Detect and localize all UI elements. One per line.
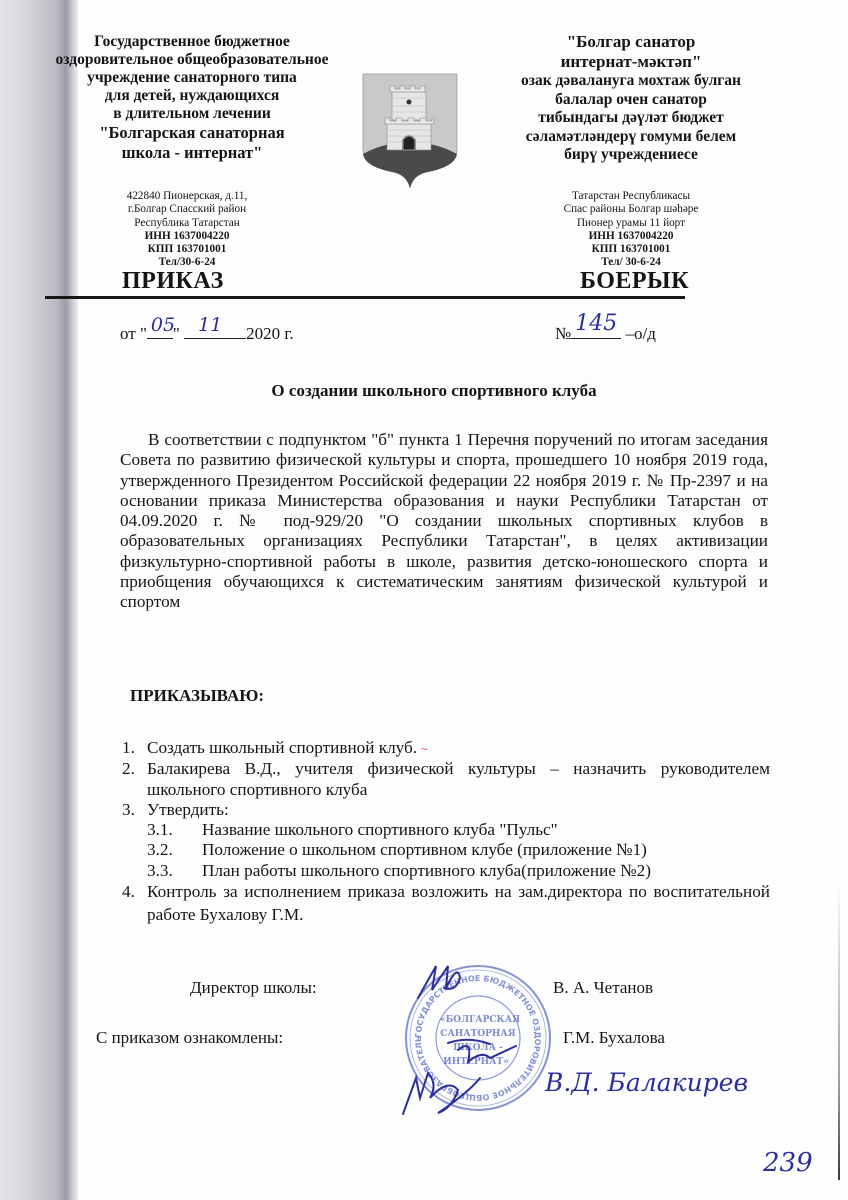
director-label: Директор школы: bbox=[190, 978, 317, 998]
order-item: 4.Контроль за исполнением приказа возлож… bbox=[122, 881, 770, 926]
header-divider bbox=[485, 296, 685, 299]
order-directive-label: ПРИКАЗЫВАЮ: bbox=[130, 686, 264, 706]
header-right-line: сәламәтләндерү гомуми белем bbox=[505, 128, 757, 147]
address-line: Спас районы Болгар шәһәре bbox=[505, 203, 757, 216]
svg-text:«БОЛГАРСКАЯ: «БОЛГАРСКАЯ bbox=[440, 1015, 520, 1025]
header-right-school-name: "Болгар санатор bbox=[505, 32, 757, 52]
date-month-field: 11 bbox=[184, 322, 246, 339]
header-left-line: для детей, нуждающихся bbox=[42, 87, 342, 105]
svg-text:ИНТЕРНАТ»: ИНТЕРНАТ» bbox=[443, 1057, 509, 1067]
date-day-field: 05 bbox=[147, 322, 173, 339]
official-stamp-icon: ГОСУДАРСТВЕННОЕ БЮДЖЕТНОЕ ОЗДОРОВИТЕЛЬНО… bbox=[398, 958, 558, 1118]
header-right-line: бирү учреждениесе bbox=[505, 146, 757, 165]
header-right-school-name: интернат-мәктәп" bbox=[505, 52, 757, 72]
header-left-address: 422840 Пионерская, д.11, г.Болгар Спасск… bbox=[57, 190, 317, 270]
header-right-line: тибындагы дәүләт бюджет bbox=[505, 109, 757, 128]
inn: ИНН 1637004220 bbox=[145, 230, 230, 242]
order-subject: О создании школьного спортивного клуба bbox=[0, 381, 848, 401]
header-right-org-name: "Болгар санатор интернат-мәктәп" озак дә… bbox=[505, 32, 757, 165]
address-line: Татарстан Республикасы bbox=[505, 190, 757, 203]
order-date: от "05" 112020 г. bbox=[120, 322, 294, 344]
scan-binding-shadow bbox=[0, 0, 78, 1200]
header-right-line: балалар очен санатор bbox=[505, 91, 757, 110]
order-number-field: 145 bbox=[571, 322, 621, 339]
header-divider bbox=[45, 296, 485, 299]
kpp: КПП 163701001 bbox=[148, 243, 227, 255]
address-line: Пионер урамы 11 йорт bbox=[505, 217, 757, 230]
header-left-line: в длительном лечении bbox=[42, 105, 342, 123]
phone: Тел/ 30-6-24 bbox=[601, 256, 661, 268]
order-item: 2.Балакирева В.Д., учителя физической ку… bbox=[122, 759, 770, 800]
order-subitem: 3.1.Название школьного спортивного клуба… bbox=[122, 820, 770, 840]
kpp: КПП 163701001 bbox=[592, 243, 671, 255]
header-left-line: учреждение санаторного типа bbox=[42, 69, 342, 87]
header-left-org-name: Государственное бюджетное оздоровительно… bbox=[42, 33, 342, 163]
header-right-line: озак дәвалануга мохтаж булган bbox=[505, 72, 757, 91]
director-name: В. А. Четанов bbox=[553, 978, 653, 998]
address-line: Республика Татарстан bbox=[57, 217, 317, 230]
header-left-line: оздоровительное общеобразовательное bbox=[42, 51, 342, 69]
handwritten-page-number: 239 bbox=[763, 1148, 813, 1178]
inn: ИНН 1637004220 bbox=[589, 230, 674, 242]
header-left-line: Государственное бюджетное bbox=[42, 33, 342, 51]
scan-page-edge bbox=[838, 880, 840, 1180]
order-items: 1.Создать школьный спортивной клуб.~ 2.Б… bbox=[122, 738, 770, 926]
doc-title-russian: ПРИКАЗ bbox=[122, 268, 224, 295]
order-subitem: 3.2.Положение о школьном спортивном клуб… bbox=[122, 840, 770, 860]
phone: Тел/30-6-24 bbox=[159, 256, 216, 268]
coat-of-arms-tower-icon bbox=[355, 62, 465, 192]
acknowledged-name: Г.М. Бухалова bbox=[563, 1028, 665, 1048]
pen-mark: ~ bbox=[421, 742, 428, 756]
svg-text:САНАТОРНАЯ: САНАТОРНАЯ bbox=[440, 1029, 515, 1039]
header-right-address: Татарстан Республикасы Спас районы Болга… bbox=[505, 190, 757, 270]
order-item: 3.Утвердить: bbox=[122, 800, 770, 820]
header-left-school-name: школа - интернат" bbox=[42, 143, 342, 163]
order-preamble: В соответствии с подпунктом "б" пункта 1… bbox=[120, 430, 768, 613]
order-item: 1.Создать школьный спортивной клуб.~ bbox=[122, 738, 770, 759]
doc-title-tatar: БОЕРЫК bbox=[580, 268, 689, 295]
order-subitem: 3.3.План работы школьного спортивного кл… bbox=[122, 861, 770, 881]
order-number: №145 –о/д bbox=[555, 322, 656, 344]
acknowledged-label: С приказом ознакомлены: bbox=[96, 1028, 283, 1048]
header-left-school-name: "Болгарская санаторная bbox=[42, 123, 342, 143]
address-line: г.Болгар Спасский район bbox=[57, 203, 317, 216]
handwritten-signature-balakirev: В.Д. Балакирев bbox=[545, 1068, 748, 1097]
address-line: 422840 Пионерская, д.11, bbox=[57, 190, 317, 203]
